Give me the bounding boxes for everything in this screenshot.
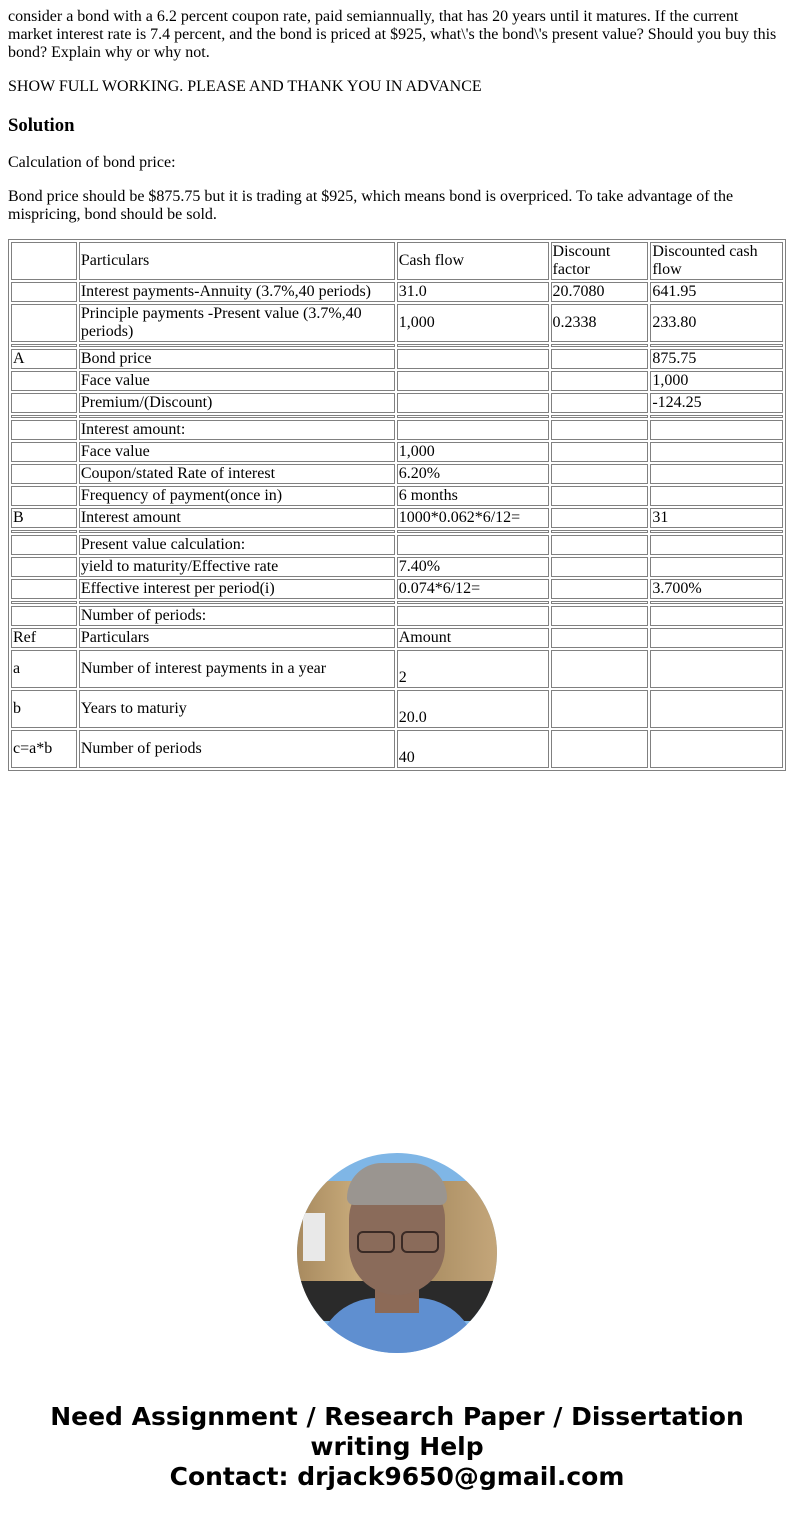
table-row: c=a*bNumber of periods40 xyxy=(11,730,783,768)
discount-factor-cell xyxy=(551,628,649,648)
discounted-cash-flow-cell xyxy=(650,486,783,506)
document-body: consider a bond with a 6.2 percent coupo… xyxy=(0,8,794,771)
question-text: consider a bond with a 6.2 percent coupo… xyxy=(8,8,786,62)
question-request: SHOW FULL WORKING. PLEASE AND THANK YOU … xyxy=(8,78,786,96)
header-cell: Discount factor xyxy=(551,242,649,280)
cash-flow-cell: 1000*0.062*6/12= xyxy=(397,508,549,528)
discounted-cash-flow-cell xyxy=(650,690,783,728)
separator-cell xyxy=(551,415,649,418)
promo-banner: Need Assignment / Research Paper / Disse… xyxy=(0,1402,794,1492)
discount-factor-cell: 20.7080 xyxy=(551,282,649,302)
separator-cell xyxy=(79,344,395,347)
discounted-cash-flow-cell: 233.80 xyxy=(650,304,783,342)
discount-factor-cell xyxy=(551,606,649,626)
particulars-cell: Number of periods: xyxy=(79,606,395,626)
particulars-cell: Number of periods xyxy=(79,730,395,768)
discount-factor-cell: 0.2338 xyxy=(551,304,649,342)
separator-cell xyxy=(650,530,783,533)
table-row: BInterest amount1000*0.062*6/12=31 xyxy=(11,508,783,528)
table-row: bYears to maturiy20.0 xyxy=(11,690,783,728)
separator-cell xyxy=(11,601,77,604)
promo-line-1: Need Assignment / Research Paper / Disse… xyxy=(0,1402,794,1432)
discounted-cash-flow-cell: 31 xyxy=(650,508,783,528)
separator-cell xyxy=(551,344,649,347)
ref-cell: a xyxy=(11,650,77,688)
particulars-cell: Particulars xyxy=(79,628,395,648)
ref-cell xyxy=(11,420,77,440)
tutor-avatar xyxy=(297,1153,497,1353)
cash-flow-cell xyxy=(397,371,549,391)
table-header-row: Particulars Cash flow Discount factor Di… xyxy=(11,242,783,280)
cash-flow-cell: 31.0 xyxy=(397,282,549,302)
separator-cell xyxy=(650,415,783,418)
particulars-cell: Present value calculation: xyxy=(79,535,395,555)
separator-cell xyxy=(650,601,783,604)
separator-cell xyxy=(11,415,77,418)
table-row: RefParticularsAmount xyxy=(11,628,783,648)
bond-working-table: Particulars Cash flow Discount factor Di… xyxy=(8,239,786,771)
separator-cell xyxy=(11,530,77,533)
discounted-cash-flow-cell xyxy=(650,650,783,688)
particulars-cell: Effective interest per period(i) xyxy=(79,579,395,599)
discount-factor-cell xyxy=(551,371,649,391)
table-row: Principle payments -Present value (3.7%,… xyxy=(11,304,783,342)
ref-cell xyxy=(11,393,77,413)
table-row: Face value1,000 xyxy=(11,371,783,391)
discount-factor-cell xyxy=(551,464,649,484)
solution-conclusion: Bond price should be $875.75 but it is t… xyxy=(8,188,786,224)
ref-cell xyxy=(11,371,77,391)
discount-factor-cell xyxy=(551,579,649,599)
discounted-cash-flow-cell xyxy=(650,628,783,648)
discount-factor-cell xyxy=(551,557,649,577)
ref-cell xyxy=(11,486,77,506)
cash-flow-cell xyxy=(397,393,549,413)
discount-factor-cell xyxy=(551,393,649,413)
table-row: Interest amount: xyxy=(11,420,783,440)
table-separator-row xyxy=(11,344,783,347)
separator-cell xyxy=(650,344,783,347)
cash-flow-cell: 40 xyxy=(397,730,549,768)
discounted-cash-flow-cell: 641.95 xyxy=(650,282,783,302)
particulars-cell: Face value xyxy=(79,442,395,462)
promo-contact: Contact: drjack9650@gmail.com xyxy=(0,1462,794,1492)
particulars-cell: Bond price xyxy=(79,349,395,369)
discount-factor-cell xyxy=(551,420,649,440)
table-row: aNumber of interest payments in a year2 xyxy=(11,650,783,688)
header-cell: Discounted cash flow xyxy=(650,242,783,280)
particulars-cell: Face value xyxy=(79,371,395,391)
cash-flow-cell: 6 months xyxy=(397,486,549,506)
ref-cell: B xyxy=(11,508,77,528)
discounted-cash-flow-cell xyxy=(650,535,783,555)
discounted-cash-flow-cell: 875.75 xyxy=(650,349,783,369)
header-cell: Particulars xyxy=(79,242,395,280)
header-cell xyxy=(11,242,77,280)
ref-cell: Ref xyxy=(11,628,77,648)
table-row: Premium/(Discount)-124.25 xyxy=(11,393,783,413)
solution-intro: Calculation of bond price: xyxy=(8,154,786,172)
solution-heading: Solution xyxy=(8,116,786,136)
discount-factor-cell xyxy=(551,349,649,369)
table-separator-row xyxy=(11,415,783,418)
discounted-cash-flow-cell xyxy=(650,606,783,626)
cash-flow-cell: 0.074*6/12= xyxy=(397,579,549,599)
discounted-cash-flow-cell: 3.700% xyxy=(650,579,783,599)
avatar-hair xyxy=(347,1163,447,1205)
separator-cell xyxy=(397,601,549,604)
particulars-cell: Years to maturiy xyxy=(79,690,395,728)
table-row: ABond price875.75 xyxy=(11,349,783,369)
discounted-cash-flow-cell xyxy=(650,442,783,462)
ref-cell xyxy=(11,606,77,626)
ref-cell: b xyxy=(11,690,77,728)
header-cell: Cash flow xyxy=(397,242,549,280)
particulars-cell: Premium/(Discount) xyxy=(79,393,395,413)
discount-factor-cell xyxy=(551,535,649,555)
particulars-cell: Principle payments -Present value (3.7%,… xyxy=(79,304,395,342)
ref-cell xyxy=(11,579,77,599)
discounted-cash-flow-cell xyxy=(650,420,783,440)
particulars-cell: Frequency of payment(once in) xyxy=(79,486,395,506)
particulars-cell: Interest amount: xyxy=(79,420,395,440)
discount-factor-cell xyxy=(551,690,649,728)
discounted-cash-flow-cell xyxy=(650,557,783,577)
cash-flow-cell: 1,000 xyxy=(397,442,549,462)
discounted-cash-flow-cell xyxy=(650,464,783,484)
table-separator-row xyxy=(11,530,783,533)
separator-cell xyxy=(551,601,649,604)
ref-cell: c=a*b xyxy=(11,730,77,768)
separator-cell xyxy=(551,530,649,533)
particulars-cell: Interest amount xyxy=(79,508,395,528)
table-row: Frequency of payment(once in)6 months xyxy=(11,486,783,506)
ref-cell xyxy=(11,282,77,302)
particulars-cell: yield to maturity/Effective rate xyxy=(79,557,395,577)
separator-cell xyxy=(397,530,549,533)
promo-line-2: writing Help xyxy=(0,1432,794,1462)
table-row: Effective interest per period(i)0.074*6/… xyxy=(11,579,783,599)
table-row: Face value1,000 xyxy=(11,442,783,462)
separator-cell xyxy=(79,415,395,418)
discount-factor-cell xyxy=(551,442,649,462)
particulars-cell: Coupon/stated Rate of interest xyxy=(79,464,395,484)
glasses-icon xyxy=(401,1231,439,1253)
cash-flow-cell: 20.0 xyxy=(397,690,549,728)
cash-flow-cell: 6.20% xyxy=(397,464,549,484)
cash-flow-cell: 1,000 xyxy=(397,304,549,342)
cash-flow-cell: Amount xyxy=(397,628,549,648)
glasses-icon xyxy=(357,1231,395,1253)
separator-cell xyxy=(397,344,549,347)
particulars-cell: Number of interest payments in a year xyxy=(79,650,395,688)
cash-flow-cell: 2 xyxy=(397,650,549,688)
ref-cell xyxy=(11,464,77,484)
discount-factor-cell xyxy=(551,508,649,528)
cash-flow-cell xyxy=(397,420,549,440)
table-separator-row xyxy=(11,601,783,604)
separator-cell xyxy=(11,344,77,347)
cash-flow-cell xyxy=(397,535,549,555)
particulars-cell: Interest payments-Annuity (3.7%,40 perio… xyxy=(79,282,395,302)
avatar-switchboard xyxy=(303,1213,325,1261)
ref-cell xyxy=(11,535,77,555)
table-row: Present value calculation: xyxy=(11,535,783,555)
discount-factor-cell xyxy=(551,650,649,688)
discount-factor-cell xyxy=(551,730,649,768)
separator-cell xyxy=(397,415,549,418)
ref-cell xyxy=(11,304,77,342)
discount-factor-cell xyxy=(551,486,649,506)
cash-flow-cell xyxy=(397,606,549,626)
cash-flow-cell xyxy=(397,349,549,369)
ref-cell: A xyxy=(11,349,77,369)
cash-flow-cell: 7.40% xyxy=(397,557,549,577)
discounted-cash-flow-cell xyxy=(650,730,783,768)
separator-cell xyxy=(79,530,395,533)
table-row: yield to maturity/Effective rate7.40% xyxy=(11,557,783,577)
discounted-cash-flow-cell: 1,000 xyxy=(650,371,783,391)
table-row: Interest payments-Annuity (3.7%,40 perio… xyxy=(11,282,783,302)
table-row: Number of periods: xyxy=(11,606,783,626)
ref-cell xyxy=(11,442,77,462)
discounted-cash-flow-cell: -124.25 xyxy=(650,393,783,413)
ref-cell xyxy=(11,557,77,577)
separator-cell xyxy=(79,601,395,604)
table-row: Coupon/stated Rate of interest6.20% xyxy=(11,464,783,484)
